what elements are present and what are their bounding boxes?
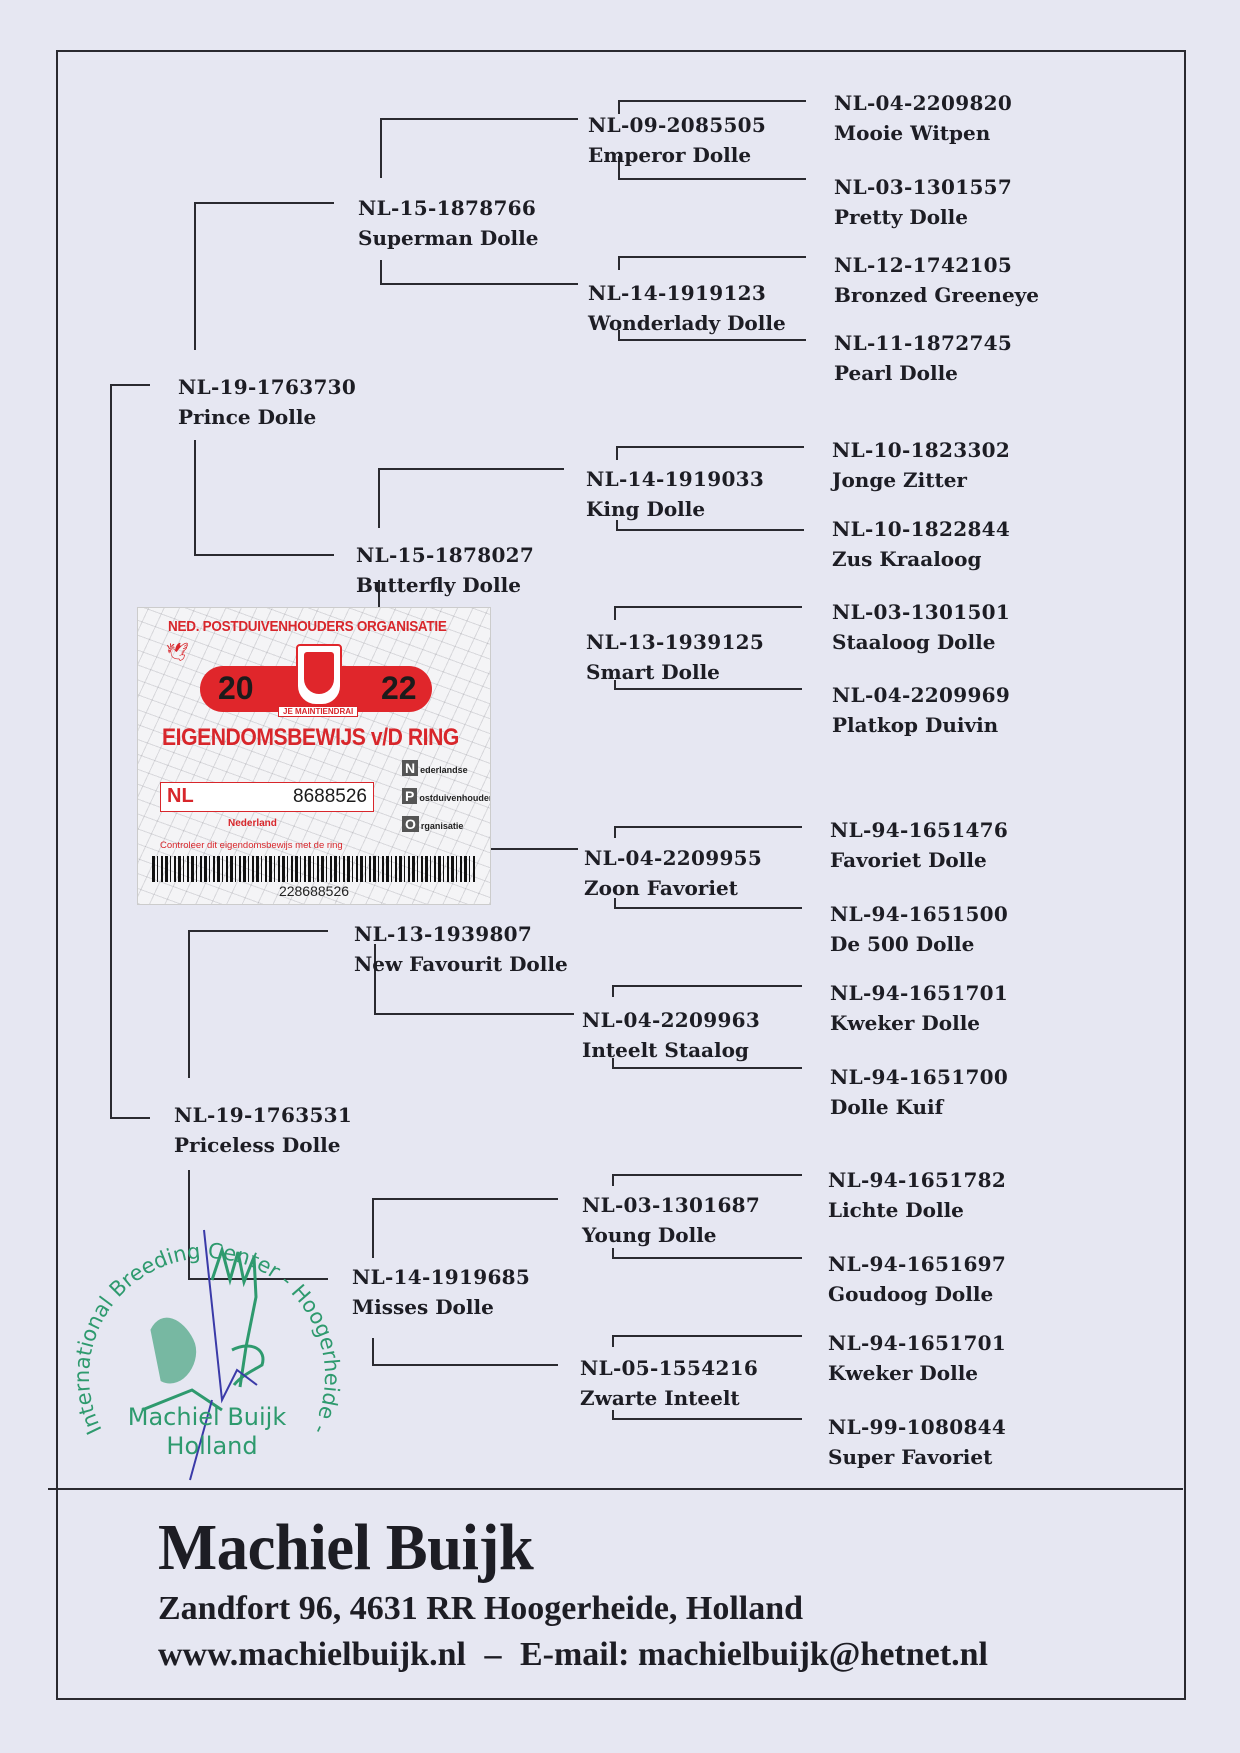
certificate-organisation: NED. POSTDUIVENHOUDERS ORGANISATIE: [168, 618, 447, 635]
country-code: NL: [167, 785, 194, 808]
pigeon-name: Platkop Duivin: [832, 710, 1010, 740]
ring-number: NL-03-1301501: [832, 597, 1010, 627]
grandsire-maternal: NL-13-1939807 New Favourit Dolle: [354, 919, 568, 979]
pigeon-name: Superman Dolle: [358, 223, 538, 253]
country-label: Nederland: [228, 818, 277, 829]
eagle-icon: [142, 1250, 263, 1410]
connector-line: [372, 1364, 558, 1366]
great-great-grandparent: NL-04-2209969Platkop Duivin: [832, 680, 1010, 740]
great-grandparent: NL-04-2209963Inteelt Staalog: [582, 1005, 760, 1065]
great-grandparent: NL-03-1301687Young Dolle: [582, 1190, 760, 1250]
npo-line-3: Organisatie: [402, 816, 463, 832]
connector-line: [194, 202, 334, 204]
stamp-graphic: International Breeding Center - Hoogerhe…: [62, 1200, 352, 1490]
ring-number: NL-15-1878027: [356, 540, 534, 570]
ring-number: 8688526: [293, 786, 367, 808]
year-right: 22: [381, 670, 417, 707]
ring-number: NL-04-2209820: [834, 88, 1012, 118]
connector-line: [614, 826, 802, 828]
barcode: [152, 856, 476, 882]
ring-number: NL-09-2085505: [588, 110, 766, 140]
connector-line: [110, 384, 150, 386]
great-grandparent: NL-14-1919033King Dolle: [586, 464, 764, 524]
pigeon-name: Goudoog Dolle: [828, 1279, 1006, 1309]
pigeon-name: Pearl Dolle: [834, 358, 1012, 388]
great-great-grandparent: NL-10-1822844Zus Kraaloog: [832, 514, 1010, 574]
stamp-name: Machiel Buijk: [128, 1403, 287, 1431]
connector-line: [110, 1117, 150, 1119]
pigeon-name: Bronzed Greeneye: [834, 280, 1039, 310]
connector-line: [612, 1335, 802, 1337]
breeder-name: Machiel Buijk: [158, 1510, 533, 1586]
great-great-grandparent: NL-11-1872745Pearl Dolle: [834, 328, 1012, 388]
great-great-grandparent: NL-03-1301557Pretty Dolle: [834, 172, 1012, 232]
pigeon-name: Mooie Witpen: [834, 118, 1012, 148]
connector-line: [380, 283, 578, 285]
connector-line: [614, 907, 802, 909]
great-great-grandparent: NL-94-1651701Kweker Dolle: [830, 978, 1008, 1038]
connector-line: [110, 384, 112, 1119]
connector-line: [380, 118, 382, 178]
pigeon-name: Inteelt Staalog: [582, 1035, 760, 1065]
separator: –: [484, 1636, 501, 1673]
pigeon-name: Priceless Dolle: [174, 1130, 352, 1160]
ring-number: NL-03-1301557: [834, 172, 1012, 202]
pigeon-name: Butterfly Dolle: [356, 570, 534, 600]
ring-number: NL-12-1742105: [834, 250, 1039, 280]
connector-line: [194, 554, 334, 556]
ring-number-box: NL 8688526: [160, 782, 374, 812]
connector-line: [612, 1418, 802, 1420]
pigeon-name: Misses Dolle: [352, 1292, 530, 1322]
connector-line: [618, 339, 806, 341]
pigeon-name: Emperor Dolle: [588, 140, 766, 170]
npo-line-1: Nederlandse: [402, 760, 468, 776]
connector-line: [372, 1198, 374, 1258]
great-great-grandparent: NL-94-1651500De 500 Dolle: [830, 899, 1008, 959]
great-great-grandparent: NL-10-1823302Jonge Zitter: [832, 435, 1010, 495]
connector-line: [372, 1338, 374, 1364]
connector-line: [616, 446, 804, 448]
granddam-maternal: NL-14-1919685 Misses Dolle: [352, 1262, 530, 1322]
pigeon-name: Jonge Zitter: [832, 465, 1010, 495]
connector-line: [618, 100, 806, 102]
dove-icon: 🕊: [166, 642, 189, 663]
great-great-grandparent: NL-03-1301501Staaloog Dolle: [832, 597, 1010, 657]
ring-number: NL-04-2209955: [584, 843, 762, 873]
pigeon-name: Super Favoriet: [828, 1442, 1006, 1472]
connector-line: [612, 1067, 802, 1069]
great-great-grandparent: NL-94-1651700Dolle Kuif: [830, 1062, 1008, 1122]
pigeon-name: Pretty Dolle: [834, 202, 1012, 232]
connector-line: [618, 256, 806, 258]
certificate-motto: JE MAINTIENDRAI: [278, 706, 358, 717]
ring-number: NL-19-1763531: [174, 1100, 352, 1130]
check-instruction: Controleer dit eigendomsbewijs met de ri…: [160, 840, 343, 851]
stamp-country: Holland: [166, 1432, 257, 1460]
pigeon-name: Zus Kraaloog: [832, 544, 1010, 574]
ring-number: NL-04-2209969: [832, 680, 1010, 710]
year-left: 20: [218, 670, 254, 707]
pigeon-name: Kweker Dolle: [830, 1008, 1008, 1038]
great-grandparent: NL-14-1919123Wonderlady Dolle: [588, 278, 786, 338]
pigeon-name: Favoriet Dolle: [830, 845, 1008, 875]
connector-line: [188, 930, 190, 1078]
connector-line: [380, 260, 382, 284]
ring-number: NL-19-1763730: [178, 372, 356, 402]
ring-number: NL-99-1080844: [828, 1412, 1006, 1442]
certificate-title: EIGENDOMSBEWIJS v/D RING: [162, 724, 459, 752]
ring-ownership-certificate: NED. POSTDUIVENHOUDERS ORGANISATIE 🕊 20 …: [138, 608, 490, 904]
ring-number: NL-11-1872745: [834, 328, 1012, 358]
email-label: E-mail:: [520, 1636, 630, 1673]
connector-line: [614, 688, 802, 690]
ring-number: NL-04-2209963: [582, 1005, 760, 1035]
lion-shield-icon: [296, 644, 342, 706]
great-grandparent: NL-04-2209955Zoon Favoriet: [584, 843, 762, 903]
ring-number: NL-94-1651701: [828, 1328, 1006, 1358]
great-great-grandparent: NL-04-2209820Mooie Witpen: [834, 88, 1012, 148]
ring-number: NL-94-1651701: [830, 978, 1008, 1008]
grandsire-paternal: NL-15-1878766 Superman Dolle: [358, 193, 538, 253]
ring-number: NL-94-1651697: [828, 1249, 1006, 1279]
ring-number: NL-03-1301687: [582, 1190, 760, 1220]
connector-line: [618, 178, 806, 180]
npo-line-2: Postduivenhouders: [402, 788, 490, 804]
ring-number: NL-14-1919123: [588, 278, 786, 308]
ring-number: NL-94-1651782: [828, 1165, 1006, 1195]
connector-line: [614, 606, 616, 620]
great-grandparent: NL-13-1939125Smart Dolle: [586, 627, 764, 687]
connector-line: [612, 1257, 802, 1259]
pigeon-name: Young Dolle: [582, 1220, 760, 1250]
connector-line: [614, 606, 802, 608]
connector-line: [188, 930, 328, 932]
sire: NL-19-1763730 Prince Dolle: [178, 372, 356, 432]
great-great-grandparent: NL-94-1651782Lichte Dolle: [828, 1165, 1006, 1225]
website-link[interactable]: www.machielbuijk.nl: [158, 1636, 466, 1673]
pigeon-name: Wonderlady Dolle: [588, 308, 786, 338]
pigeon-name: New Favourit Dolle: [354, 949, 568, 979]
connector-line: [612, 1174, 802, 1176]
great-grandparent: NL-09-2085505Emperor Dolle: [588, 110, 766, 170]
pigeon-name: Staaloog Dolle: [832, 627, 1010, 657]
great-great-grandparent: NL-12-1742105Bronzed Greeneye: [834, 250, 1039, 310]
great-great-grandparent: NL-94-1651697Goudoog Dolle: [828, 1249, 1006, 1309]
pigeon-name: De 500 Dolle: [830, 929, 1008, 959]
connector-line: [374, 1013, 574, 1015]
connector-line: [372, 1198, 558, 1200]
connector-line: [378, 468, 380, 528]
ring-number: NL-14-1919033: [586, 464, 764, 494]
ring-number: NL-15-1878766: [358, 193, 538, 223]
pigeon-name: Prince Dolle: [178, 402, 356, 432]
breeder-stamp: International Breeding Center - Hoogerhe…: [62, 1200, 352, 1490]
connector-line: [616, 529, 804, 531]
pigeon-name: Lichte Dolle: [828, 1195, 1006, 1225]
great-great-grandparent: NL-94-1651701Kweker Dolle: [828, 1328, 1006, 1388]
breeder-address: Zandfort 96, 4631 RR Hoogerheide, Hollan…: [158, 1590, 803, 1628]
great-grandparent: NL-05-1554216Zwarte Inteelt: [580, 1353, 758, 1413]
pigeon-name: Kweker Dolle: [828, 1358, 1006, 1388]
connector-line: [194, 202, 196, 350]
connector-line: [618, 256, 620, 270]
ring-number: NL-05-1554216: [580, 1353, 758, 1383]
ring-number: NL-94-1651476: [830, 815, 1008, 845]
connector-line: [194, 440, 196, 556]
great-great-grandparent: NL-99-1080844Super Favoriet: [828, 1412, 1006, 1472]
pigeon-name: Zoon Favoriet: [584, 873, 762, 903]
ring-number: NL-94-1651500: [830, 899, 1008, 929]
ring-number: NL-10-1823302: [832, 435, 1010, 465]
connector-line: [616, 446, 618, 460]
ring-number: NL-13-1939125: [586, 627, 764, 657]
connector-line: [378, 468, 564, 470]
connector-line: [612, 985, 802, 987]
pigeon-name: King Dolle: [586, 494, 764, 524]
connector-line: [380, 118, 578, 120]
ring-number: NL-13-1939807: [354, 919, 568, 949]
dam: NL-19-1763531 Priceless Dolle: [174, 1100, 352, 1160]
pigeon-name: Smart Dolle: [586, 657, 764, 687]
pigeon-name: Dolle Kuif: [830, 1092, 1008, 1122]
email-link[interactable]: machielbuijk@hetnet.nl: [638, 1636, 988, 1673]
ring-number: NL-94-1651700: [830, 1062, 1008, 1092]
pigeon-name: Zwarte Inteelt: [580, 1383, 758, 1413]
barcode-number: 228688526: [138, 883, 490, 899]
ring-number: NL-10-1822844: [832, 514, 1010, 544]
breeder-contact: www.machielbuijk.nl – E-mail: machielbui…: [158, 1636, 988, 1674]
granddam-paternal: NL-15-1878027 Butterfly Dolle: [356, 540, 534, 600]
ring-number: NL-14-1919685: [352, 1262, 530, 1292]
great-great-grandparent: NL-94-1651476Favoriet Dolle: [830, 815, 1008, 875]
